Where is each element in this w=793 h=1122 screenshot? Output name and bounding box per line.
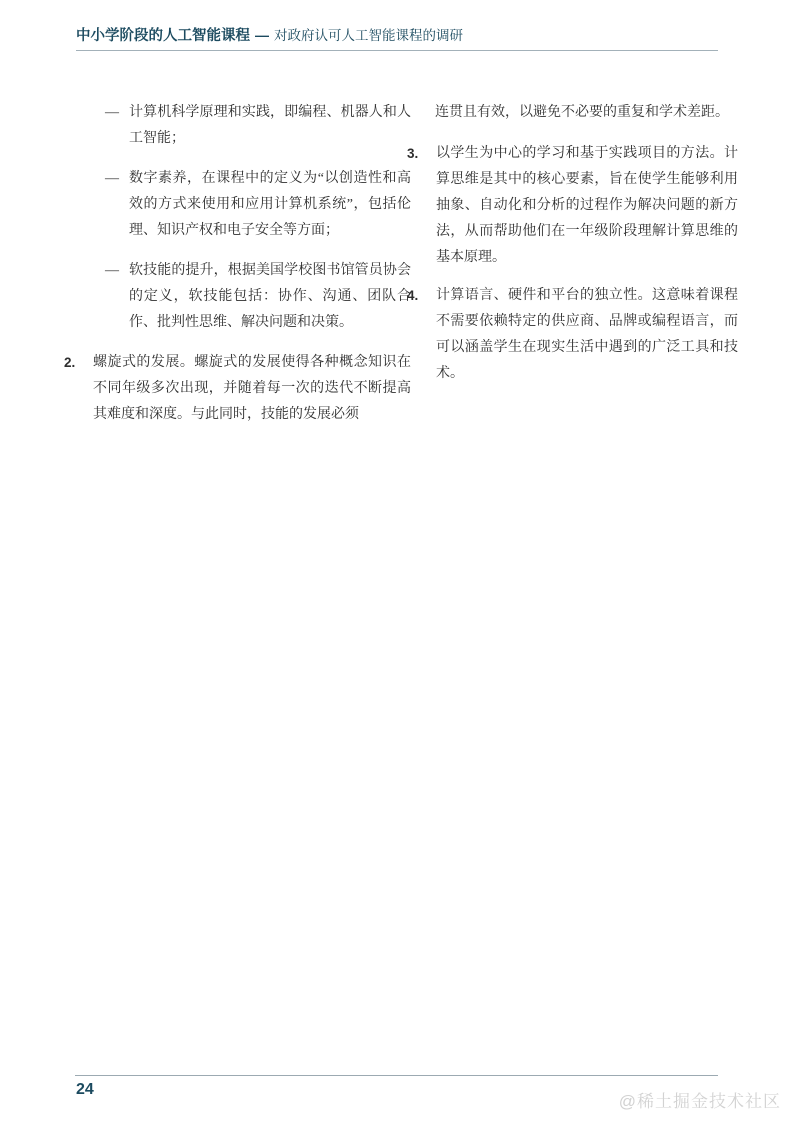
dash-bullet-item: — 软技能的提升，根据美国学校图书馆管员协会的定义，软技能包括：协作、沟通、团队… xyxy=(64,258,411,336)
title-separator-dash: — xyxy=(250,27,274,43)
bullet-text: 软技能的提升，根据美国学校图书馆管员协会的定义，软技能包括：协作、沟通、团队合作… xyxy=(129,258,411,336)
bullet-text: 计算机科学原理和实践，即编程、机器人和人工智能； xyxy=(129,100,411,152)
item-text: 螺旋式的发展。螺旋式的发展使得各种概念知识在不同年级多次出现，并随着每一次的迭代… xyxy=(93,350,411,428)
dash-bullet-marker: — xyxy=(105,166,129,244)
left-column: — 计算机科学原理和实践，即编程、机器人和人工智能； — 数字素养，在课程中的定… xyxy=(64,100,411,440)
dash-bullet-marker: — xyxy=(105,100,129,152)
item-number: 3. xyxy=(407,141,436,271)
dash-bullet-item: — 数字素养，在课程中的定义为“以创造性和高效的方式来使用和应用计算机系统”，包… xyxy=(64,166,411,244)
item-text: 计算语言、硬件和平台的独立性。这意味着课程不需要依赖特定的供应商、品牌或编程语言… xyxy=(436,283,738,387)
numbered-item-4: 4. 计算语言、硬件和平台的独立性。这意味着课程不需要依赖特定的供应商、品牌或编… xyxy=(407,283,738,387)
item-number: 2. xyxy=(64,350,93,428)
item-2-continuation-text: 连贯且有效，以避免不必要的重复和学术差距。 xyxy=(407,100,738,126)
item-text: 以学生为中心的学习和基于实践项目的方法。计算思维是其中的核心要素，旨在使学生能够… xyxy=(436,141,738,271)
page-number: 24 xyxy=(76,1081,94,1099)
document-page: 中小学阶段的人工智能课程—对政府认可人工智能课程的调研 — 计算机科学原理和实践… xyxy=(0,0,793,1122)
watermark: @稀土掘金技术社区 xyxy=(619,1087,781,1112)
running-head: 中小学阶段的人工智能课程—对政府认可人工智能课程的调研 xyxy=(76,24,463,45)
numbered-item-3: 3. 以学生为中心的学习和基于实践项目的方法。计算思维是其中的核心要素，旨在使学… xyxy=(407,141,738,271)
document-subtitle: 对政府认可人工智能课程的调研 xyxy=(274,28,463,43)
dash-bullet-marker: — xyxy=(105,258,129,336)
numbered-item-2: 2. 螺旋式的发展。螺旋式的发展使得各种概念知识在不同年级多次出现，并随着每一次… xyxy=(64,350,411,428)
bullet-text: 数字素养，在课程中的定义为“以创造性和高效的方式来使用和应用计算机系统”，包括伦… xyxy=(129,166,411,244)
header-rule xyxy=(76,50,718,51)
footer-rule xyxy=(75,1075,718,1076)
right-column: 连贯且有效，以避免不必要的重复和学术差距。 3. 以学生为中心的学习和基于实践项… xyxy=(407,100,738,399)
document-title: 中小学阶段的人工智能课程 xyxy=(76,28,250,44)
dash-bullet-item: — 计算机科学原理和实践，即编程、机器人和人工智能； xyxy=(64,100,411,152)
item-number: 4. xyxy=(407,283,436,387)
